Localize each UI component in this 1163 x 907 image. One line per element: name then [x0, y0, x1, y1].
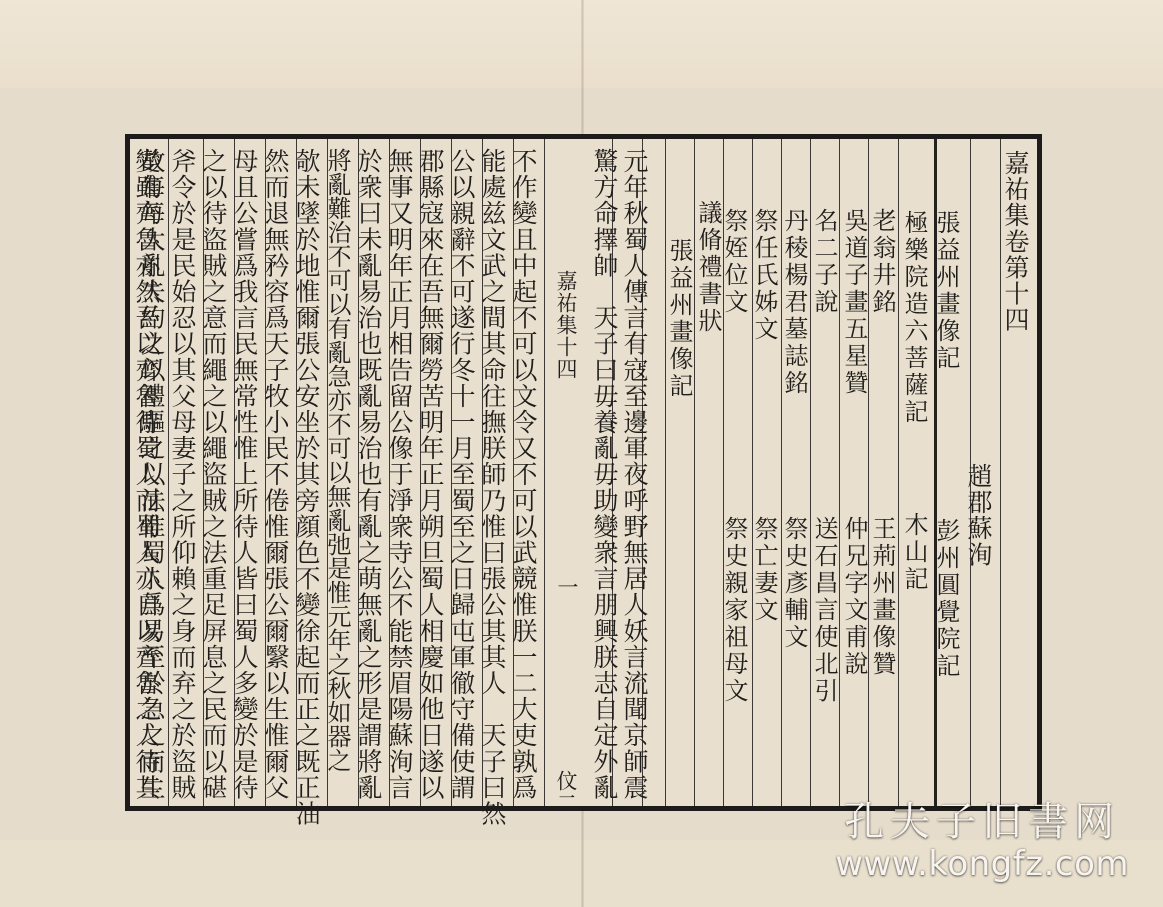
toc-item: 祭任氏姊文: [752, 208, 776, 343]
toc-item: 極樂院造六菩薩記: [902, 210, 926, 426]
toc-item: 張益州畫像記: [934, 210, 958, 372]
section-title: 張益州畫像記: [667, 238, 691, 400]
toc-item: 老翁井銘: [870, 208, 894, 316]
toc-item: 名二子說: [812, 208, 836, 316]
toc-item: 祭亡妻文: [752, 516, 776, 624]
watermark-url: www.kongfz.com: [835, 844, 1129, 884]
watermark: 孔夫子旧書网 www.kongfz.com: [835, 800, 1129, 884]
toc-item: 送石昌言使北引: [812, 516, 836, 705]
toc-item: 祭史親家祖母文: [722, 516, 746, 705]
toc-item: 祭姪位文: [722, 208, 746, 316]
body-column: 之以待盜賊之意而繩之以繩盜賊之法重足屏息之民而以碪: [201, 148, 226, 801]
toc-item: 祭史彥輔文: [782, 516, 806, 651]
author-line: 趙郡蘇洵: [966, 463, 991, 567]
body-column: 不作變且中起不可以文令又不可以武競惟朕一二大吏孰爲: [511, 148, 536, 801]
toc-item: 木山記: [902, 512, 926, 593]
body-column: 然而退無矜容爲天子牧小民不倦惟爾張公爾繄以生惟爾父: [263, 148, 288, 801]
toc-item: 吳道子畫五星贊: [842, 208, 866, 397]
body-column: 將亂難治不可以有亂急亦不可以無亂弛是惟元年之秋如器之: [325, 148, 349, 772]
body-column: 能處兹文武之間其命往撫朕師乃惟曰張公其其人 天子曰然: [480, 148, 505, 827]
body-column: 欹未墜於地惟爾張公安坐於其旁顔色不變徐起而正之既正油: [294, 148, 319, 827]
body-column: 郡縣寇來在吾無爾勞苦明年正月朔旦蜀人相慶如他日遂以: [418, 148, 443, 801]
body-column: 於衆曰未亂易治也既亂易治也有亂之萌無亂之形是謂將亂: [356, 148, 381, 801]
body-column: 元年秋蜀人傳言有寇至邊軍夜呼野無居人妖言流聞京師震: [622, 148, 647, 801]
watermark-title: 孔夫子旧書网: [835, 800, 1129, 844]
toc-item: 仲兄字文甫說: [842, 516, 866, 678]
body-column: 斧令於是民始忍以其父母妻子之所仰賴之身而弃之於盜賊: [170, 148, 195, 801]
toc-item: 彭州圓覺院記: [934, 518, 958, 680]
toc-item: 王荊州畫像贊: [870, 516, 894, 678]
toc-item: 議脩禮書狀: [696, 200, 720, 335]
toc-item: 丹稜楊君墓誌銘: [782, 208, 806, 397]
book-title: 嘉祐集卷第十四: [1003, 150, 1028, 333]
body-column: 無事又明年正月相告留公像于淨衆寺公不能禁眉陽蘇洵言: [387, 148, 412, 801]
carver-mark: 伩二: [555, 770, 576, 814]
body-column: 母且公嘗爲我言民無常性惟上所待人皆曰蜀人多變於是待: [232, 148, 257, 801]
body-column: 驚方命擇帥 天子曰毋養亂毋助變衆言朋興朕志自定外亂: [592, 148, 617, 801]
center-label: 嘉祐集十四: [555, 270, 576, 380]
body-column: 變雖齊魯亦然吾以齊魯待蜀人而蜀人亦自以齊魯之人待其: [134, 148, 159, 801]
body-column: 公以親辭不可遂行冬十一月至蜀至之日歸屯軍徹守備使謂: [449, 148, 474, 801]
leaf-number: 一: [556, 576, 577, 598]
